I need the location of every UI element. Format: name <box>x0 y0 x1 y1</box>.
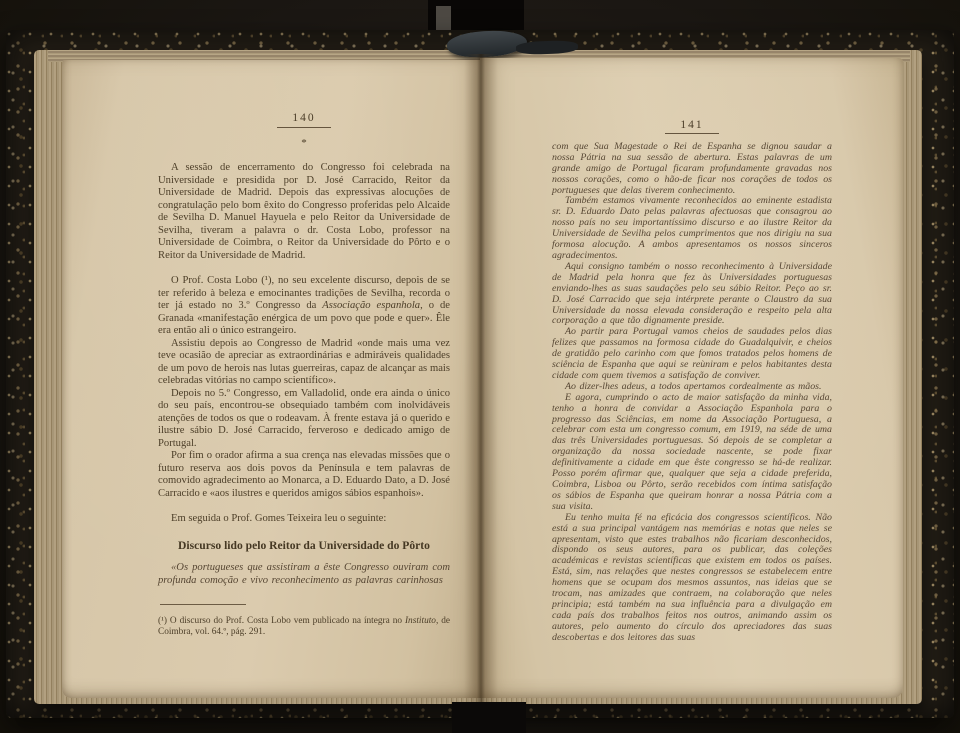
paragraph: Eu tenho muita fé na eficácia dos congre… <box>552 513 832 644</box>
text-segment: (¹) O discurso do Prof. Costa Lobo vem p… <box>158 616 405 626</box>
paragraph: Por fim o orador afirma a sua crença nas… <box>158 450 450 500</box>
footnote-text: (¹) O discurso do Prof. Costa Lobo vem p… <box>158 616 450 638</box>
italic-text-segment: Instituto <box>405 616 436 626</box>
text-segment: Também estamos vivamente reconhecidos ao… <box>552 195 832 261</box>
text-segment: «Os portugueses que assistiram a êste Co… <box>158 562 450 586</box>
paragraph: A sessão de encerramento do Congresso fo… <box>158 162 450 262</box>
text-segment: Eu tenho muita fé na eficácia dos congre… <box>552 512 832 643</box>
paragraph: Assistiu depois ao Congresso de Madrid «… <box>158 338 450 388</box>
italic-text-segment: Associação espanhola <box>322 300 420 311</box>
text-segment: com que Sua Magestade o Rei de Espanha s… <box>552 141 832 196</box>
left-page-header: 140 <box>158 112 450 128</box>
right-page-number: 141 <box>665 120 718 134</box>
paragraph: com que Sua Magestade o Rei de Espanha s… <box>552 142 832 197</box>
paragraph: Depois no 5.º Congresso, em Valladolid, … <box>158 388 450 451</box>
text-segment: Ao partir para Portugal vamos cheios de … <box>552 326 832 381</box>
paragraph: E agora, cumprindo o acto de maior satis… <box>552 393 832 513</box>
paragraph: Aqui consigno também o nosso reconhecime… <box>552 262 832 327</box>
speech-heading: Discurso lido pelo Reitor da Universidad… <box>158 540 450 553</box>
paragraph: O Prof. Costa Lobo (¹), no seu excelente… <box>158 275 450 338</box>
paragraph: Em seguida o Prof. Gomes Teixeira leu o … <box>158 513 450 526</box>
footnote-rule <box>160 604 246 605</box>
paragraph: Ao partir para Portugal vamos cheios de … <box>552 327 832 382</box>
text-segment: E agora, cumprindo o acto de maior satis… <box>552 392 832 512</box>
book-photo-scene: 140 * A sessão de encerramento do Congre… <box>0 0 960 733</box>
text-segment: Em seguida o Prof. Gomes Teixeira leu o … <box>171 513 386 524</box>
left-page-text: 140 * A sessão de encerramento do Congre… <box>158 112 450 638</box>
section-divider-asterisk: * <box>158 137 450 150</box>
text-segment: Por fim o orador afirma a sua crença nas… <box>158 450 450 499</box>
text-segment: Aqui consigno também o nosso reconhecime… <box>552 261 832 327</box>
text-segment: Depois no 5.º Congresso, em Valladolid, … <box>158 388 450 449</box>
paragraph: «Os portugueses que assistiram a êste Co… <box>158 562 450 587</box>
left-page-paragraphs: A sessão de encerramento do Congresso fo… <box>158 162 450 526</box>
text-segment: Assistiu depois ao Congresso de Madrid «… <box>158 338 450 387</box>
left-page-number: 140 <box>277 112 330 128</box>
right-page-paragraphs: com que Sua Magestade o Rei de Espanha s… <box>552 142 832 644</box>
speech-opening: «Os portugueses que assistiram a êste Co… <box>158 562 450 587</box>
text-segment: A sessão de encerramento do Congresso fo… <box>158 162 450 261</box>
text-segment: Ao dizer-lhes adeus, a todos apertamos c… <box>565 381 821 392</box>
right-page-text: 141 com que Sua Magestade o Rei de Espan… <box>552 120 832 644</box>
paragraph: Também estamos vivamente reconhecidos ao… <box>552 196 832 261</box>
spine-bottom-shadow <box>452 702 526 733</box>
right-page-header: 141 <box>552 120 832 134</box>
